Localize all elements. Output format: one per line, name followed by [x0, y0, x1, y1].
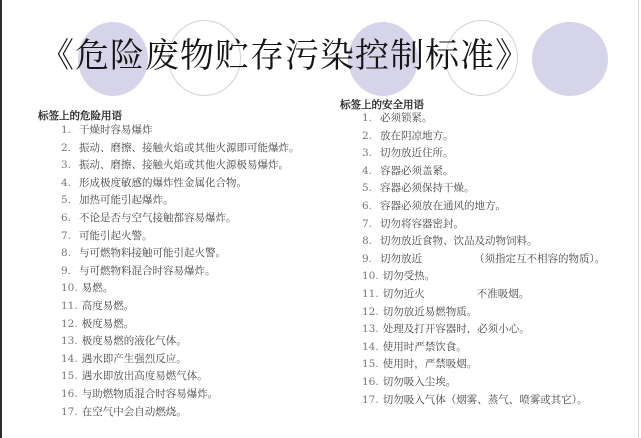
hazard-list: 1.干燥时容易爆炸2.振动、磨擦、接触火焰或其他火源即可能爆炸。3.振动、磨擦、… — [61, 122, 300, 421]
item-text: 与助燃物质混合时容易爆炸。 — [82, 388, 219, 400]
item-number: 16. — [61, 386, 78, 404]
item-text: 切勿近火 — [383, 288, 425, 300]
item-number: 8. — [61, 245, 75, 263]
item-number: 17. — [362, 392, 379, 410]
hazard-list-item: 9.与可燃物料混合时容易爆炸。 — [61, 263, 300, 281]
hazard-list-item: 2.振动、磨擦、接触火焰或其他火源即可能爆炸。 — [61, 140, 300, 158]
item-text: 在空气中会自动燃烧。 — [82, 406, 187, 418]
item-text: 干燥时容易爆炸 — [79, 124, 153, 136]
hazard-list-item: 15.遇水即放出高度易燃气体。 — [61, 368, 300, 386]
safety-list-item: 5.容器必须保持干燥。 — [362, 180, 605, 198]
item-text: 振动、磨擦、接触火焰或其他火源即可能爆炸。 — [79, 142, 300, 154]
item-text: 使用时严禁饮食。 — [383, 341, 467, 353]
item-text: 容器必须盖紧。 — [380, 165, 454, 177]
safety-list: 1.必须锁紧。2.放在阴凉地方。3.切勿放近住所。4.容器必须盖紧。5.容器必须… — [362, 110, 605, 409]
item-number: 5. — [362, 180, 376, 198]
item-number: 13. — [61, 333, 78, 351]
item-note: 不准吸烟。 — [477, 288, 530, 300]
hazard-list-item: 5.加热可能引起爆炸。 — [61, 192, 300, 210]
slide-title: 《危险废物贮存污染控制标准》 — [40, 34, 620, 78]
hazard-list-item: 14.遇水即产生强烈反应。 — [61, 351, 300, 369]
item-text: 遇水即放出高度易燃气体。 — [82, 370, 208, 382]
safety-list-item: 2.放在阴凉地方。 — [362, 128, 605, 146]
safety-list-item: 3.切勿放近住所。 — [362, 145, 605, 163]
item-text: 可能引起火警。 — [79, 230, 153, 242]
hazard-heading: 标签上的危险用语 — [38, 108, 122, 123]
item-text: 切勿放近食物、饮品及动物饲料。 — [380, 235, 538, 247]
hazard-list-item: 17.在空气中会自动燃烧。 — [61, 404, 300, 422]
item-number: 16. — [362, 374, 379, 392]
item-note: （须指定互不相容的物质）。 — [474, 253, 605, 265]
hazard-list-item: 10.易燃。 — [61, 280, 300, 298]
safety-list-item: 15.使用时，严禁吸烟。 — [362, 356, 605, 374]
item-number: 10. — [61, 280, 78, 298]
item-number: 6. — [362, 198, 376, 216]
hazard-list-item: 1.干燥时容易爆炸 — [61, 122, 300, 140]
safety-list-item: 14.使用时严禁饮食。 — [362, 339, 605, 357]
hazard-list-item: 4.形成极度敏感的爆炸性金属化合物。 — [61, 175, 300, 193]
item-number: 9. — [61, 263, 75, 281]
item-text: 切勿吸入尘埃。 — [383, 376, 457, 388]
item-number: 12. — [61, 316, 78, 334]
item-number: 10. — [362, 268, 379, 286]
item-number: 15. — [61, 368, 78, 386]
item-number: 1. — [61, 122, 75, 140]
item-number: 12. — [362, 304, 379, 322]
item-text: 放在阴凉地方。 — [380, 130, 454, 142]
item-number: 5. — [61, 192, 75, 210]
item-number: 9. — [362, 251, 376, 269]
item-number: 15. — [362, 356, 379, 374]
item-text: 使用时，严禁吸烟。 — [383, 358, 478, 370]
item-text: 切勿吸入气体（烟雾、蒸气、喷雾或其它）。 — [383, 394, 588, 406]
item-text: 形成极度敏感的爆炸性金属化合物。 — [79, 177, 247, 189]
item-text: 切勿放近易燃物质。 — [383, 306, 478, 318]
safety-list-item: 9.切勿放近（须指定互不相容的物质）。 — [362, 251, 605, 269]
hazard-list-item: 16.与助燃物质混合时容易爆炸。 — [61, 386, 300, 404]
item-number: 3. — [362, 145, 376, 163]
safety-list-item: 12.切勿放近易燃物质。 — [362, 304, 605, 322]
safety-list-item: 4.容器必须盖紧。 — [362, 163, 605, 181]
hazard-list-item: 8.与可燃物料接触可能引起火警。 — [61, 245, 300, 263]
hazard-list-item: 11.高度易燃。 — [61, 298, 300, 316]
item-number: 13. — [362, 321, 379, 339]
item-number: 8. — [362, 233, 376, 251]
item-number: 11. — [362, 286, 379, 304]
item-text: 高度易燃。 — [82, 300, 135, 312]
item-text: 容器必须保持干燥。 — [380, 182, 475, 194]
safety-list-item: 1.必须锁紧。 — [362, 110, 605, 128]
item-text: 极度易燃的液化气体。 — [82, 335, 187, 347]
item-number: 7. — [362, 216, 376, 234]
safety-list-item: 10.切勿受热。 — [362, 268, 605, 286]
safety-list-item: 6.容器必须放在通风的地方。 — [362, 198, 605, 216]
item-number: 14. — [362, 339, 379, 357]
hazard-list-item: 7.可能引起火警。 — [61, 228, 300, 246]
item-text: 易燃。 — [82, 282, 114, 294]
item-text: 切勿放近 — [380, 253, 422, 265]
item-number: 11. — [61, 298, 78, 316]
item-text: 必须锁紧。 — [380, 112, 433, 124]
item-text: 振动、磨擦、接触火焰或其他火源极易爆炸。 — [79, 159, 289, 171]
item-text: 切勿受热。 — [383, 270, 436, 282]
safety-list-item: 11.切勿近火不准吸烟。 — [362, 286, 605, 304]
item-number: 1. — [362, 110, 376, 128]
hazard-list-item: 3.振动、磨擦、接触火焰或其他火源极易爆炸。 — [61, 157, 300, 175]
item-number: 7. — [61, 228, 75, 246]
hazard-list-item: 6.不论是否与空气接触都容易爆炸。 — [61, 210, 300, 228]
item-text: 切勿将容器密封。 — [380, 218, 464, 230]
hazard-list-item: 12.极度易燃。 — [61, 316, 300, 334]
item-text: 遇水即产生强烈反应。 — [82, 353, 187, 365]
item-number: 6. — [61, 210, 75, 228]
item-number: 4. — [61, 175, 75, 193]
item-text: 处理及打开容器时，必须小心。 — [383, 323, 530, 335]
safety-list-item: 13.处理及打开容器时，必须小心。 — [362, 321, 605, 339]
item-text: 不论是否与空气接触都容易爆炸。 — [79, 212, 237, 224]
item-text: 容器必须放在通风的地方。 — [380, 200, 506, 212]
slide-right-border — [638, 0, 639, 438]
safety-list-item: 7.切勿将容器密封。 — [362, 216, 605, 234]
item-number: 2. — [61, 140, 75, 158]
safety-list-item: 17.切勿吸入气体（烟雾、蒸气、喷雾或其它）。 — [362, 392, 605, 410]
item-number: 4. — [362, 163, 376, 181]
item-text: 与可燃物料接触可能引起火警。 — [79, 247, 226, 259]
item-number: 3. — [61, 157, 75, 175]
item-number: 17. — [61, 404, 78, 422]
safety-list-item: 16.切勿吸入尘埃。 — [362, 374, 605, 392]
item-number: 14. — [61, 351, 78, 369]
item-text: 加热可能引起爆炸。 — [79, 194, 174, 206]
hazard-list-item: 13.极度易燃的液化气体。 — [61, 333, 300, 351]
item-text: 与可燃物料混合时容易爆炸。 — [79, 265, 216, 277]
item-text: 极度易燃。 — [82, 318, 135, 330]
slide-left-border — [0, 0, 2, 438]
item-text: 切勿放近住所。 — [380, 147, 454, 159]
item-number: 2. — [362, 128, 376, 146]
safety-list-item: 8.切勿放近食物、饮品及动物饲料。 — [362, 233, 605, 251]
